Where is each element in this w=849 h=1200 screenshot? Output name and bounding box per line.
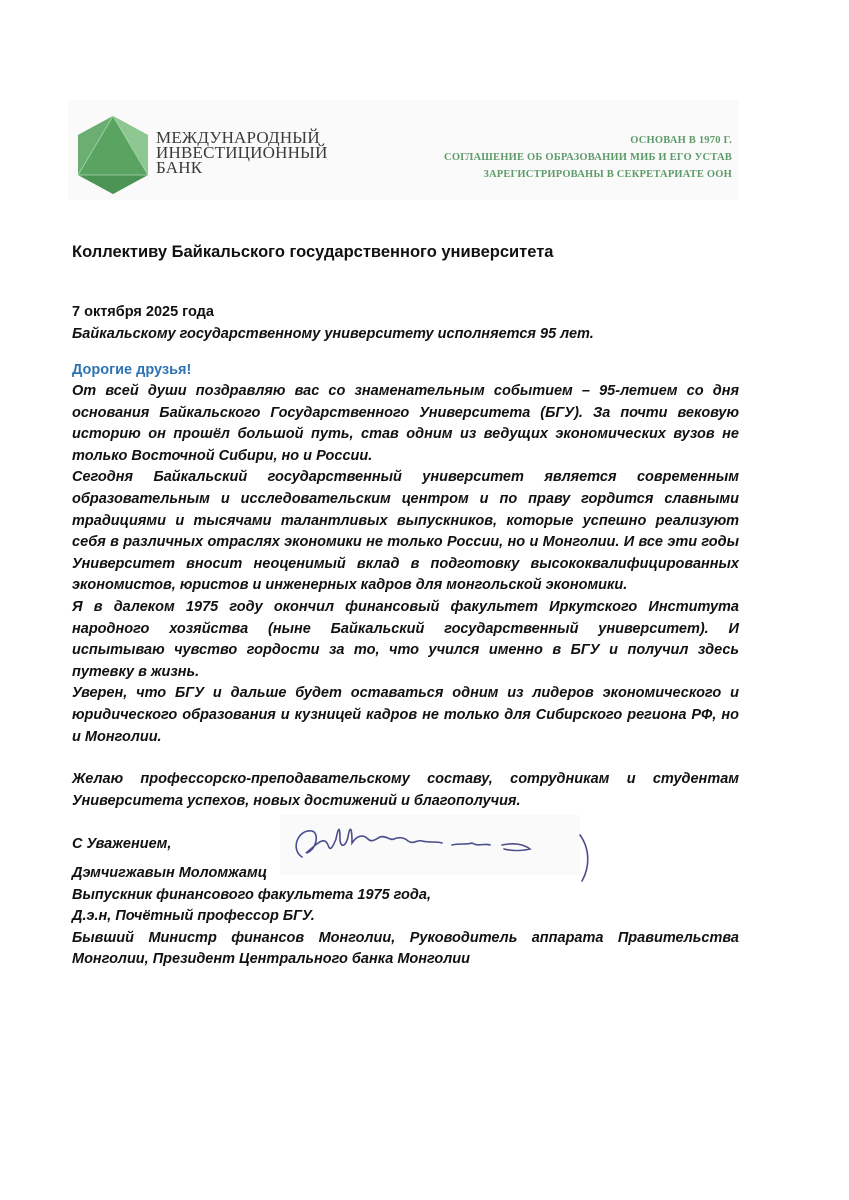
signatory-title: Д.э.н, Почётный профессор БГУ. — [72, 906, 739, 928]
signatory-title: Бывший Министр финансов Монголии, Руково… — [72, 928, 739, 971]
bank-name-line: БАНК — [156, 160, 328, 175]
letter-paragraph: Сегодня Байкальский государственный унив… — [72, 467, 739, 597]
letter-date: 7 октября 2025 года — [72, 301, 739, 323]
letter-wish: Желаю профессорско-преподавательскому со… — [72, 769, 739, 812]
bank-name: МЕЖДУНАРОДНЫЙ ИНВЕСТИЦИОННЫЙ БАНК — [156, 130, 328, 175]
letter-addressee: Коллективу Байкальского государственного… — [72, 240, 739, 264]
signatory-title: Выпускник финансового факультета 1975 го… — [72, 885, 739, 907]
letter-paragraph: От всей души поздравляю вас со знаменате… — [72, 381, 739, 467]
letter-body: Коллективу Байкальского государственного… — [72, 240, 739, 855]
letter-paragraph: Уверен, что БГУ и дальше будет оставатьс… — [72, 683, 739, 748]
bank-info-line: ОСНОВАН В 1970 Г. — [444, 132, 732, 149]
letter-subtitle: Байкальскому государственному университе… — [72, 323, 739, 345]
bank-info-line: СОГЛАШЕНИЕ ОБ ОБРАЗОВАНИИ МИБ И ЕГО УСТА… — [444, 149, 732, 166]
bank-info: ОСНОВАН В 1970 Г. СОГЛАШЕНИЕ ОБ ОБРАЗОВА… — [444, 132, 732, 183]
bank-logo-gem-icon — [76, 114, 150, 196]
letter-paragraph: Я в далеком 1975 году окончил финансовый… — [72, 597, 739, 683]
signatory-block: Дэмчигжавын Моломжамц Выпускник финансов… — [72, 863, 739, 971]
letter-greeting: Дорогие друзья! — [72, 359, 739, 381]
signatory-name: Дэмчигжавын Моломжамц — [72, 863, 739, 885]
bank-info-line: ЗАРЕГИСТРИРОВАНЫ В СЕКРЕТАРИАТЕ ООН — [444, 166, 732, 183]
letterhead: МЕЖДУНАРОДНЫЙ ИНВЕСТИЦИОННЫЙ БАНК ОСНОВА… — [68, 100, 738, 200]
